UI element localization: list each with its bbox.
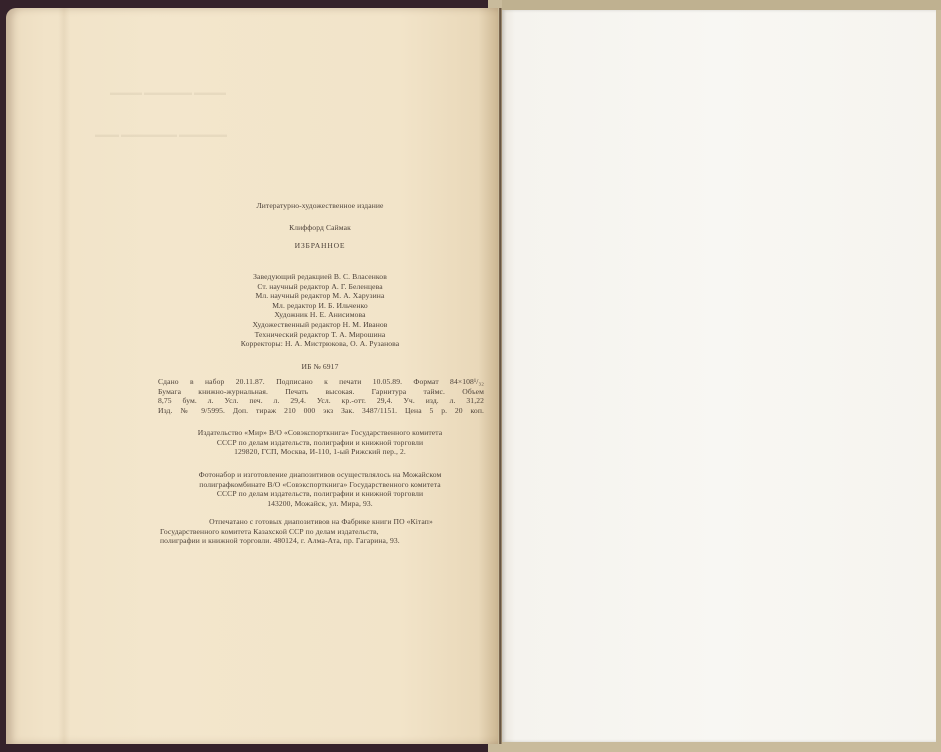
tech-line: Изд. № 9/5995. Доп. тираж 210 000 экз За…	[158, 406, 484, 416]
staff-line: Художественный редактор Н. М. Иванов	[180, 320, 460, 330]
staff-line: Мл. научный редактор М. А. Харузина	[180, 291, 460, 301]
imprint-type-text: Литературно-художественное издание	[150, 201, 490, 211]
printer-line: полиграфии и книжной торговли. 480124, г…	[160, 536, 482, 546]
imprint-type: Литературно-художественное издание	[150, 201, 490, 211]
ib-number: ИБ № 6917	[150, 362, 490, 372]
photoset-line: СССР по делам издательств, полиграфии и …	[150, 489, 490, 499]
page-stack-edge	[502, 0, 941, 10]
photoset-line: полиграфкомбинате В/О «Совэкспорткнига» …	[150, 480, 490, 490]
left-page	[6, 8, 498, 744]
photoset-info: Фотонабор и изготовление диапозитивов ос…	[150, 470, 490, 508]
printer-line: Отпечатано с готовых диапозитивов на Фаб…	[160, 517, 482, 527]
staff-line: Мл. редактор И. Б. Ильченко	[180, 301, 460, 311]
author-text: Клиффорд Саймак	[150, 223, 490, 233]
editorial-staff: Заведующий редакцией В. С. Власенков Ст.…	[180, 272, 460, 349]
tech-line: 8,75 бум. л. Усл. печ. л. 29,4. Усл. кр.…	[158, 396, 484, 406]
printer-line: Государственного комитета Казахской ССР …	[160, 527, 482, 537]
publisher-line: 129820, ГСП, Москва, И-110, 1-ый Рижский…	[150, 447, 490, 457]
bleed-through-text: ▬▬▬▬ ▬▬▬▬▬▬ ▬▬▬▬	[110, 88, 226, 97]
staff-line: Ст. научный редактор А. Г. Беленцева	[180, 282, 460, 292]
staff-line: Художник Н. Е. Анисимова	[180, 310, 460, 320]
author-name: Клиффорд Саймак	[150, 223, 490, 233]
tech-line: Сдано в набор 20.11.87. Подписано к печа…	[158, 377, 484, 387]
title-text: ИЗБРАННОЕ	[150, 241, 490, 251]
photoset-line: Фотонабор и изготовление диапозитивов ос…	[150, 470, 490, 480]
ib-number-text: ИБ № 6917	[150, 362, 490, 372]
publisher-info: Издательство «Мир» В/О «Совэкспорткнига»…	[150, 428, 490, 457]
staff-line: Заведующий редакцией В. С. Власенков	[180, 272, 460, 282]
right-page-blank	[502, 10, 936, 742]
bleed-through-text: ▬▬▬ ▬▬▬▬▬▬▬ ▬▬▬▬▬▬	[95, 130, 227, 139]
printer-info: Отпечатано с готовых диапозитивов на Фаб…	[160, 517, 482, 546]
staff-line: Технический редактор Т. А. Мирошина	[180, 330, 460, 340]
page-edge-shadow	[58, 8, 70, 744]
book-title: ИЗБРАННОЕ	[150, 241, 490, 251]
photoset-line: 143200, Можайск, ул. Мира, 93.	[150, 499, 490, 509]
publisher-line: Издательство «Мир» В/О «Совэкспорткнига»…	[150, 428, 490, 438]
technical-info: Сдано в набор 20.11.87. Подписано к печа…	[158, 377, 484, 415]
tech-line: Бумага книжно-журнальная. Печать высокая…	[158, 387, 484, 397]
staff-line: Корректоры: Н. А. Мистрюкова, О. А. Руза…	[180, 339, 460, 349]
publisher-line: СССР по делам издательств, полиграфии и …	[150, 438, 490, 448]
